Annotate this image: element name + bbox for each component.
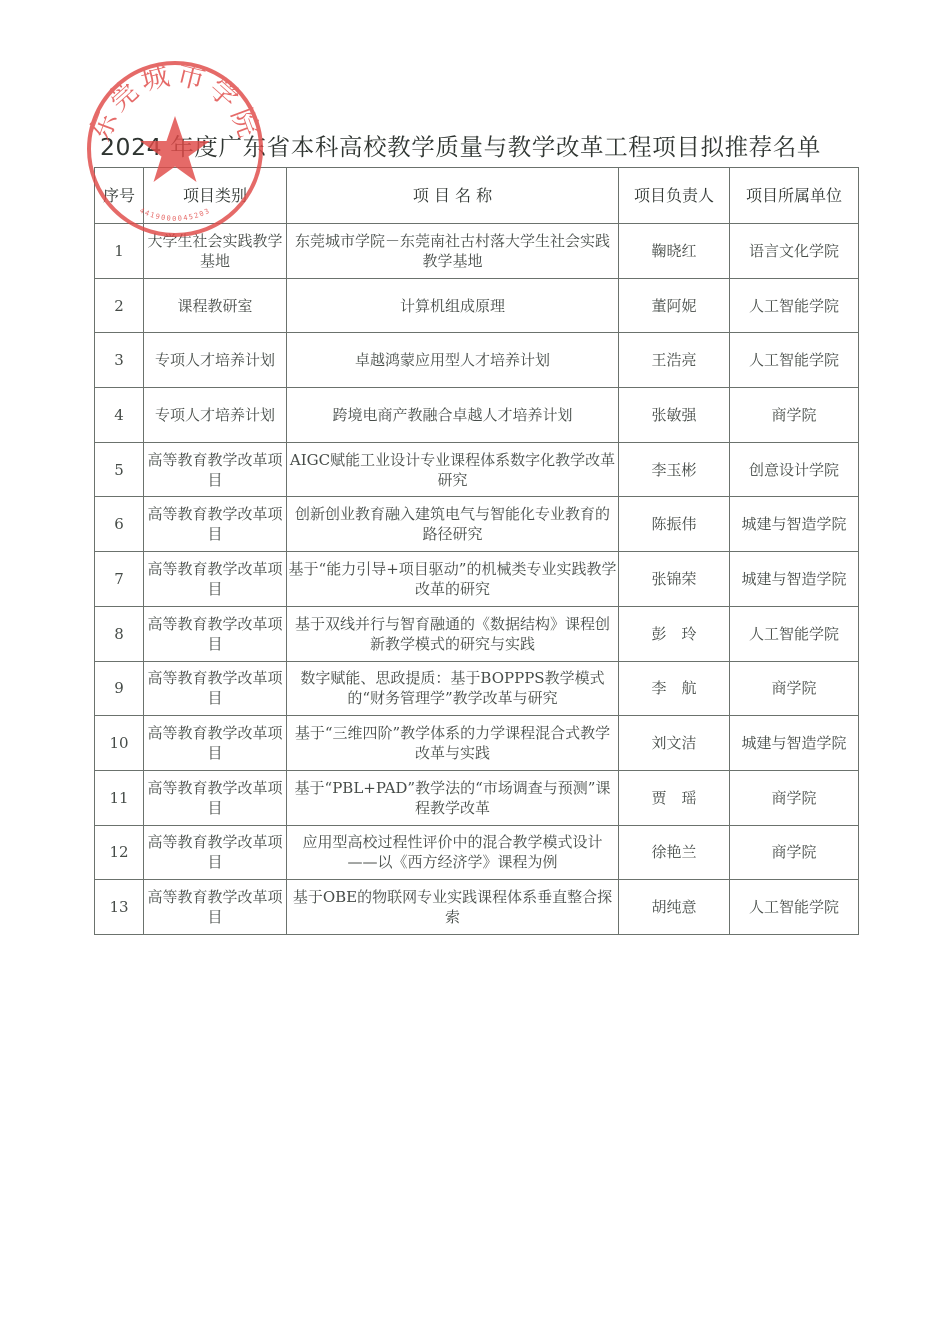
page-title: 2024 年度广东省本科高校教学质量与教学改革工程项目拟推荐名单 (100, 128, 860, 162)
cell-project-name: 东莞城市学院－东莞南社古村落大学生社会实践教学基地 (287, 224, 619, 279)
cell-category: 高等教育教学改革项目 (144, 825, 287, 880)
cell-no: 9 (95, 661, 144, 716)
table-row: 7高等教育教学改革项目基于“能力引导+项目驱动”的机械类专业实践教学改革的研究张… (95, 552, 859, 607)
cell-unit: 城建与智造学院 (730, 716, 859, 771)
cell-category: 高等教育教学改革项目 (144, 497, 287, 552)
table-row: 6高等教育教学改革项目创新创业教育融入建筑电气与智能化专业教育的路径研究陈振伟城… (95, 497, 859, 552)
cell-unit: 城建与智造学院 (730, 552, 859, 607)
cell-leader: 陈振伟 (619, 497, 730, 552)
cell-project-name: 基于“三维四阶”教学体系的力学课程混合式教学改革与实践 (287, 716, 619, 771)
project-table: 序号 项目类别 项 目 名 称 项目负责人 项目所属单位 1大学生社会实践教学基… (94, 167, 859, 935)
cell-unit: 城建与智造学院 (730, 497, 859, 552)
table-row: 5高等教育教学改革项目AIGC赋能工业设计专业课程体系数字化教学改革研究李玉彬创… (95, 442, 859, 497)
cell-category: 高等教育教学改革项目 (144, 770, 287, 825)
cell-no: 7 (95, 552, 144, 607)
cell-leader: 刘文洁 (619, 716, 730, 771)
table-row: 8高等教育教学改革项目基于双线并行与智育融通的《数据结构》课程创新教学模式的研究… (95, 606, 859, 661)
header-unit: 项目所属单位 (730, 168, 859, 224)
cell-no: 8 (95, 606, 144, 661)
cell-project-name: 卓越鸿蒙应用型人才培养计划 (287, 333, 619, 388)
table-row: 11高等教育教学改革项目基于“PBL+PAD”教学法的“市场调查与预测”课程教学… (95, 770, 859, 825)
cell-unit: 语言文化学院 (730, 224, 859, 279)
cell-unit: 商学院 (730, 770, 859, 825)
cell-category: 专项人才培养计划 (144, 333, 287, 388)
table-row: 4专项人才培养计划跨境电商产教融合卓越人才培养计划张敏强商学院 (95, 388, 859, 443)
header-category: 项目类别 (144, 168, 287, 224)
cell-unit: 商学院 (730, 661, 859, 716)
cell-leader: 徐艳兰 (619, 825, 730, 880)
cell-project-name: 数字赋能、思政提质：基于BOPPPS教学模式的“财务管理学”教学改革与研究 (287, 661, 619, 716)
cell-category: 高等教育教学改革项目 (144, 661, 287, 716)
cell-category: 高等教育教学改革项目 (144, 442, 287, 497)
header-no: 序号 (95, 168, 144, 224)
cell-unit: 创意设计学院 (730, 442, 859, 497)
table-row: 1大学生社会实践教学基地东莞城市学院－东莞南社古村落大学生社会实践教学基地鞠晓红… (95, 224, 859, 279)
cell-category: 高等教育教学改革项目 (144, 606, 287, 661)
cell-project-name: 基于OBE的物联网专业实践课程体系垂直整合探索 (287, 880, 619, 935)
cell-category: 高等教育教学改革项目 (144, 552, 287, 607)
cell-no: 1 (95, 224, 144, 279)
cell-leader: 李 航 (619, 661, 730, 716)
cell-category: 课程教研室 (144, 278, 287, 333)
cell-no: 6 (95, 497, 144, 552)
table-row: 2课程教研室计算机组成原理董阿妮人工智能学院 (95, 278, 859, 333)
cell-no: 4 (95, 388, 144, 443)
cell-category: 高等教育教学改革项目 (144, 880, 287, 935)
cell-leader: 胡纯意 (619, 880, 730, 935)
cell-project-name: 计算机组成原理 (287, 278, 619, 333)
cell-project-name: 基于“能力引导+项目驱动”的机械类专业实践教学改革的研究 (287, 552, 619, 607)
cell-project-name: 创新创业教育融入建筑电气与智能化专业教育的路径研究 (287, 497, 619, 552)
cell-no: 5 (95, 442, 144, 497)
cell-project-name: 跨境电商产教融合卓越人才培养计划 (287, 388, 619, 443)
cell-project-name: 基于双线并行与智育融通的《数据结构》课程创新教学模式的研究与实践 (287, 606, 619, 661)
cell-leader: 彭 玲 (619, 606, 730, 661)
cell-project-name: 基于“PBL+PAD”教学法的“市场调查与预测”课程教学改革 (287, 770, 619, 825)
cell-leader: 贾 瑶 (619, 770, 730, 825)
cell-no: 3 (95, 333, 144, 388)
cell-no: 2 (95, 278, 144, 333)
cell-unit: 人工智能学院 (730, 278, 859, 333)
cell-unit: 人工智能学院 (730, 333, 859, 388)
header-leader: 项目负责人 (619, 168, 730, 224)
cell-project-name: 应用型高校过程性评价中的混合教学模式设计——以《西方经济学》课程为例 (287, 825, 619, 880)
cell-unit: 商学院 (730, 825, 859, 880)
cell-unit: 人工智能学院 (730, 880, 859, 935)
cell-leader: 董阿妮 (619, 278, 730, 333)
cell-category: 专项人才培养计划 (144, 388, 287, 443)
table-row: 12高等教育教学改革项目应用型高校过程性评价中的混合教学模式设计——以《西方经济… (95, 825, 859, 880)
table-row: 9高等教育教学改革项目数字赋能、思政提质：基于BOPPPS教学模式的“财务管理学… (95, 661, 859, 716)
cell-category: 高等教育教学改革项目 (144, 716, 287, 771)
cell-leader: 张敏强 (619, 388, 730, 443)
cell-category: 大学生社会实践教学基地 (144, 224, 287, 279)
cell-leader: 王浩亮 (619, 333, 730, 388)
cell-leader: 张锦荣 (619, 552, 730, 607)
cell-no: 11 (95, 770, 144, 825)
table-row: 13高等教育教学改革项目基于OBE的物联网专业实践课程体系垂直整合探索胡纯意人工… (95, 880, 859, 935)
cell-leader: 李玉彬 (619, 442, 730, 497)
cell-no: 12 (95, 825, 144, 880)
table-row: 10高等教育教学改革项目基于“三维四阶”教学体系的力学课程混合式教学改革与实践刘… (95, 716, 859, 771)
header-name: 项 目 名 称 (287, 168, 619, 224)
cell-no: 13 (95, 880, 144, 935)
cell-unit: 商学院 (730, 388, 859, 443)
cell-no: 10 (95, 716, 144, 771)
cell-project-name: AIGC赋能工业设计专业课程体系数字化教学改革研究 (287, 442, 619, 497)
cell-unit: 人工智能学院 (730, 606, 859, 661)
table-header-row: 序号 项目类别 项 目 名 称 项目负责人 项目所属单位 (95, 168, 859, 224)
cell-leader: 鞠晓红 (619, 224, 730, 279)
table-row: 3专项人才培养计划卓越鸿蒙应用型人才培养计划王浩亮人工智能学院 (95, 333, 859, 388)
